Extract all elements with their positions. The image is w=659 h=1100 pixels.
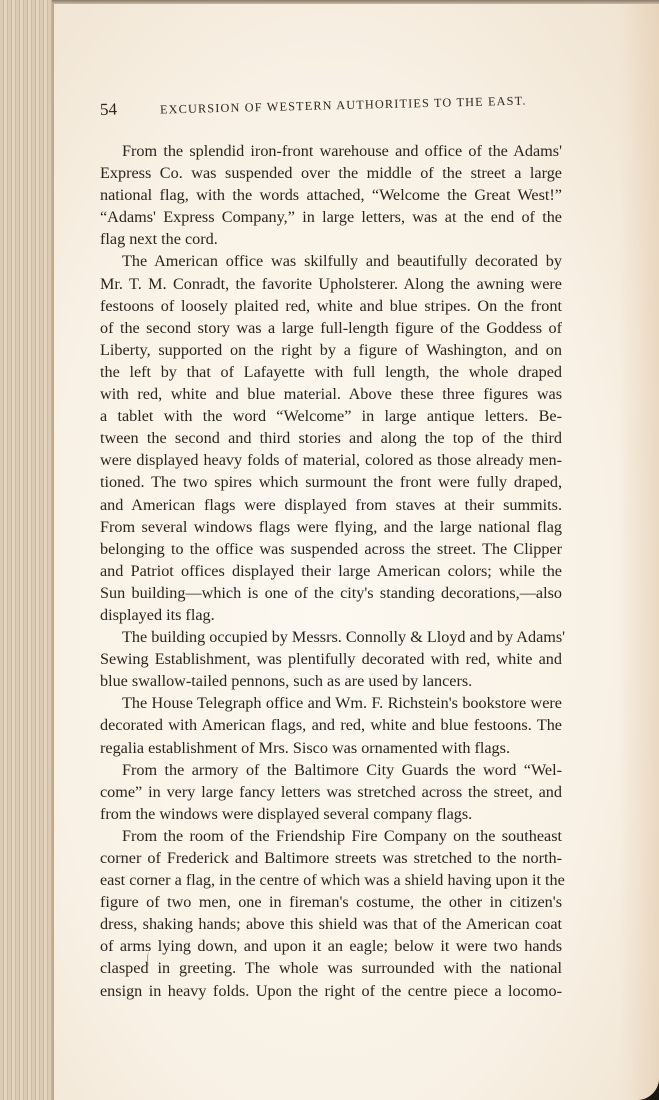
text-line: come” in very large fancy letters was st… [100,781,562,803]
text-line: tween the second and third stories and a… [100,427,562,449]
text-line: of arms lying down, and upon it an eagle… [100,935,562,957]
text-line: Sewing Establishment, was plentifully de… [100,648,562,670]
text-line: The American office was skilfully and be… [100,250,562,272]
text-line: Sun building—which is one of the city's … [100,582,562,604]
page-edges-stack [0,0,53,1100]
text-line: festoons of loosely plaited red, white a… [100,295,562,317]
text-line: east corner a flag, in the centre of whi… [100,869,562,891]
text-line: blue swallow-tailed pennons, such as are… [100,670,562,692]
text-line: with red, white and blue material. Above… [100,383,562,405]
text-line: of the second story was a large full-len… [100,317,562,339]
text-line: The building occupied by Messrs. Connoll… [100,626,562,648]
text-line: Liberty, supported on the right by a fig… [100,339,562,361]
text-line: a tablet with the word “Welcome” in larg… [100,405,562,427]
margin-mark [147,952,151,966]
text-line: Express Co. was suspended over the middl… [100,162,562,184]
text-line: figure of two men, one in fireman's cost… [100,891,562,913]
text-line: and Patriot offices displayed their larg… [100,560,562,582]
text-line: clasped in greeting. The whole was surro… [100,957,562,979]
text-line: Mr. T. M. Conradt, the favorite Upholste… [100,273,562,295]
text-line: From the armory of the Baltimore City Gu… [100,759,562,781]
text-line: the left by that of Lafayette with full … [100,361,562,383]
text-line: and American flags were displayed from s… [100,494,562,516]
text-line: regalia establishment of Mrs. Sisco was … [100,737,562,759]
text-line: The House Telegraph office and Wm. F. Ri… [100,692,562,714]
text-line: dress, shaking hands; above this shield … [100,913,562,935]
text-line: from the windows were displayed several … [100,803,562,825]
text-line: From several windows flags were flying, … [100,516,562,538]
text-line: were displayed heavy folds of material, … [100,449,562,471]
text-line: displayed its flag. [100,604,562,626]
text-line: From the splendid iron-front warehouse a… [100,140,562,162]
text-line: “Adams' Express Company,” in large lette… [100,206,562,228]
book-scan: 54 Excursion of Western Authorities to t… [0,0,659,1100]
text-line: ensign in heavy folds. Upon the right of… [100,980,562,1002]
body-text: From the splendid iron-front warehouse a… [100,140,562,1002]
text-line: From the room of the Friendship Fire Com… [100,825,562,847]
page-number: 54 [100,99,156,120]
text-line: corner of Frederick and Baltimore street… [100,847,562,869]
text-line: tioned. The two spires which surmount th… [100,471,562,493]
text-line: belonging to the office was suspended ac… [100,538,562,560]
text-line: decorated with American flags, and red, … [100,714,562,736]
text-line: flag next the cord. [100,228,562,250]
text-line: national flag, with the words attached, … [100,184,562,206]
